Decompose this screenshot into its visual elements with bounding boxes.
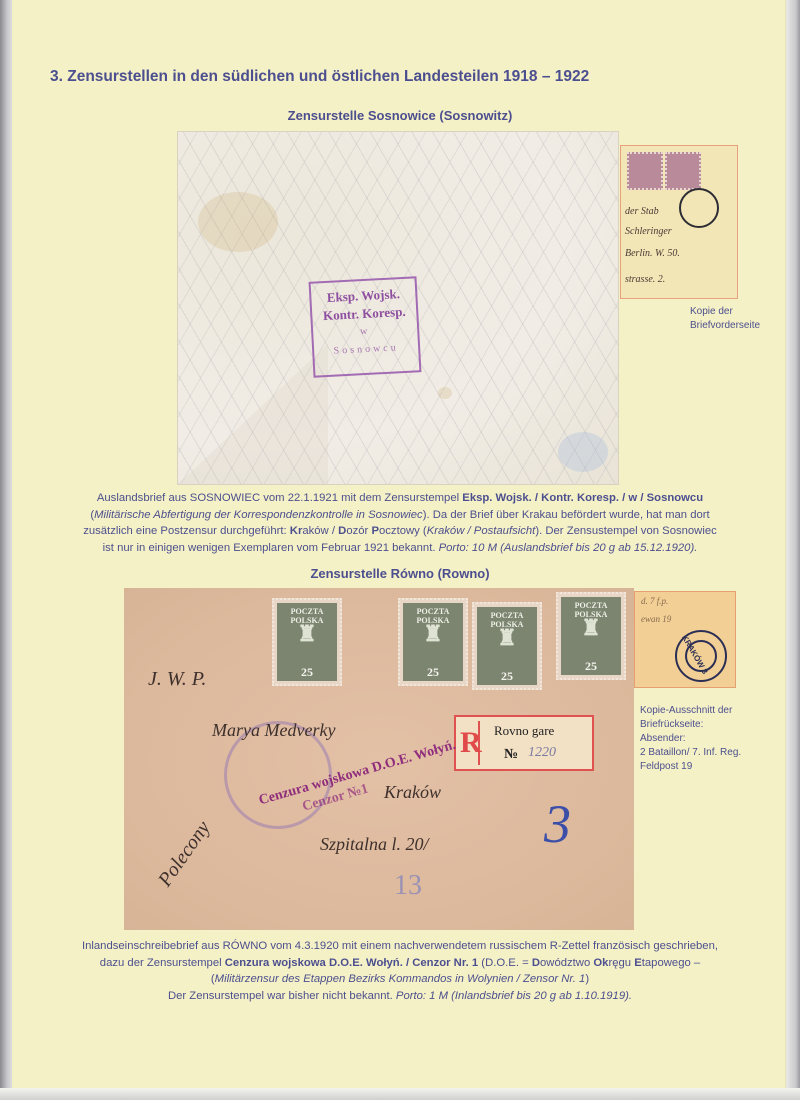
postage-stamp: POCZTAPOLSKA♜25	[556, 592, 626, 680]
postage-stamp: POCZTAPOLSKA♜25	[272, 598, 342, 686]
caption-rowno: Inlandseinschreibebrief aus RÓWNO vom 4.…	[20, 938, 780, 1004]
scan-edge-bottom	[0, 1088, 800, 1100]
cover-rowno-front: POCZTAPOLSKA♜25 POCZTAPOLSKA♜25 POCZTAPO…	[124, 588, 634, 930]
censor-stamp-sosnowiec: Eksp. Wojsk. Kontr. Koresp. w Sosnowcu	[309, 276, 422, 378]
postage-stamp: POCZTAPOLSKA♜25	[398, 598, 468, 686]
postage-stamp: POCZTAPOLSKA♜25	[472, 602, 542, 690]
caption-sosnowiec: Auslandsbrief aus SOSNOWIEC vom 22.1.192…	[20, 490, 780, 556]
cover-front-copy: der Stab Schleringer Berlin. W. 50. stra…	[620, 145, 738, 299]
copy-note-front: Kopie der Briefvorderseite	[690, 305, 770, 333]
scan-edge-left	[0, 0, 12, 1100]
cover-back-copy: d. 7 f.p. ewan 19 KRAKÓW 3	[634, 591, 736, 688]
pencil-mark: 13	[394, 870, 422, 902]
scan-edge-right	[786, 0, 800, 1100]
cover-sosnowiec-back: Eksp. Wojsk. Kontr. Koresp. w Sosnowcu	[178, 132, 618, 484]
section-title-sosnowice: Zensurstelle Sosnowice (Sosnowitz)	[0, 108, 800, 123]
page-title: 3. Zensurstellen in den südlichen und ös…	[50, 68, 589, 86]
copy-note-back: Kopie-Ausschnitt der Briefrückseite: Abs…	[640, 704, 790, 774]
blue-crayon-mark: 3	[544, 793, 571, 855]
section-title-rowno: Zensurstelle Równo (Rowno)	[0, 566, 800, 581]
registration-label: R Rovno gare № 1220	[454, 715, 594, 771]
